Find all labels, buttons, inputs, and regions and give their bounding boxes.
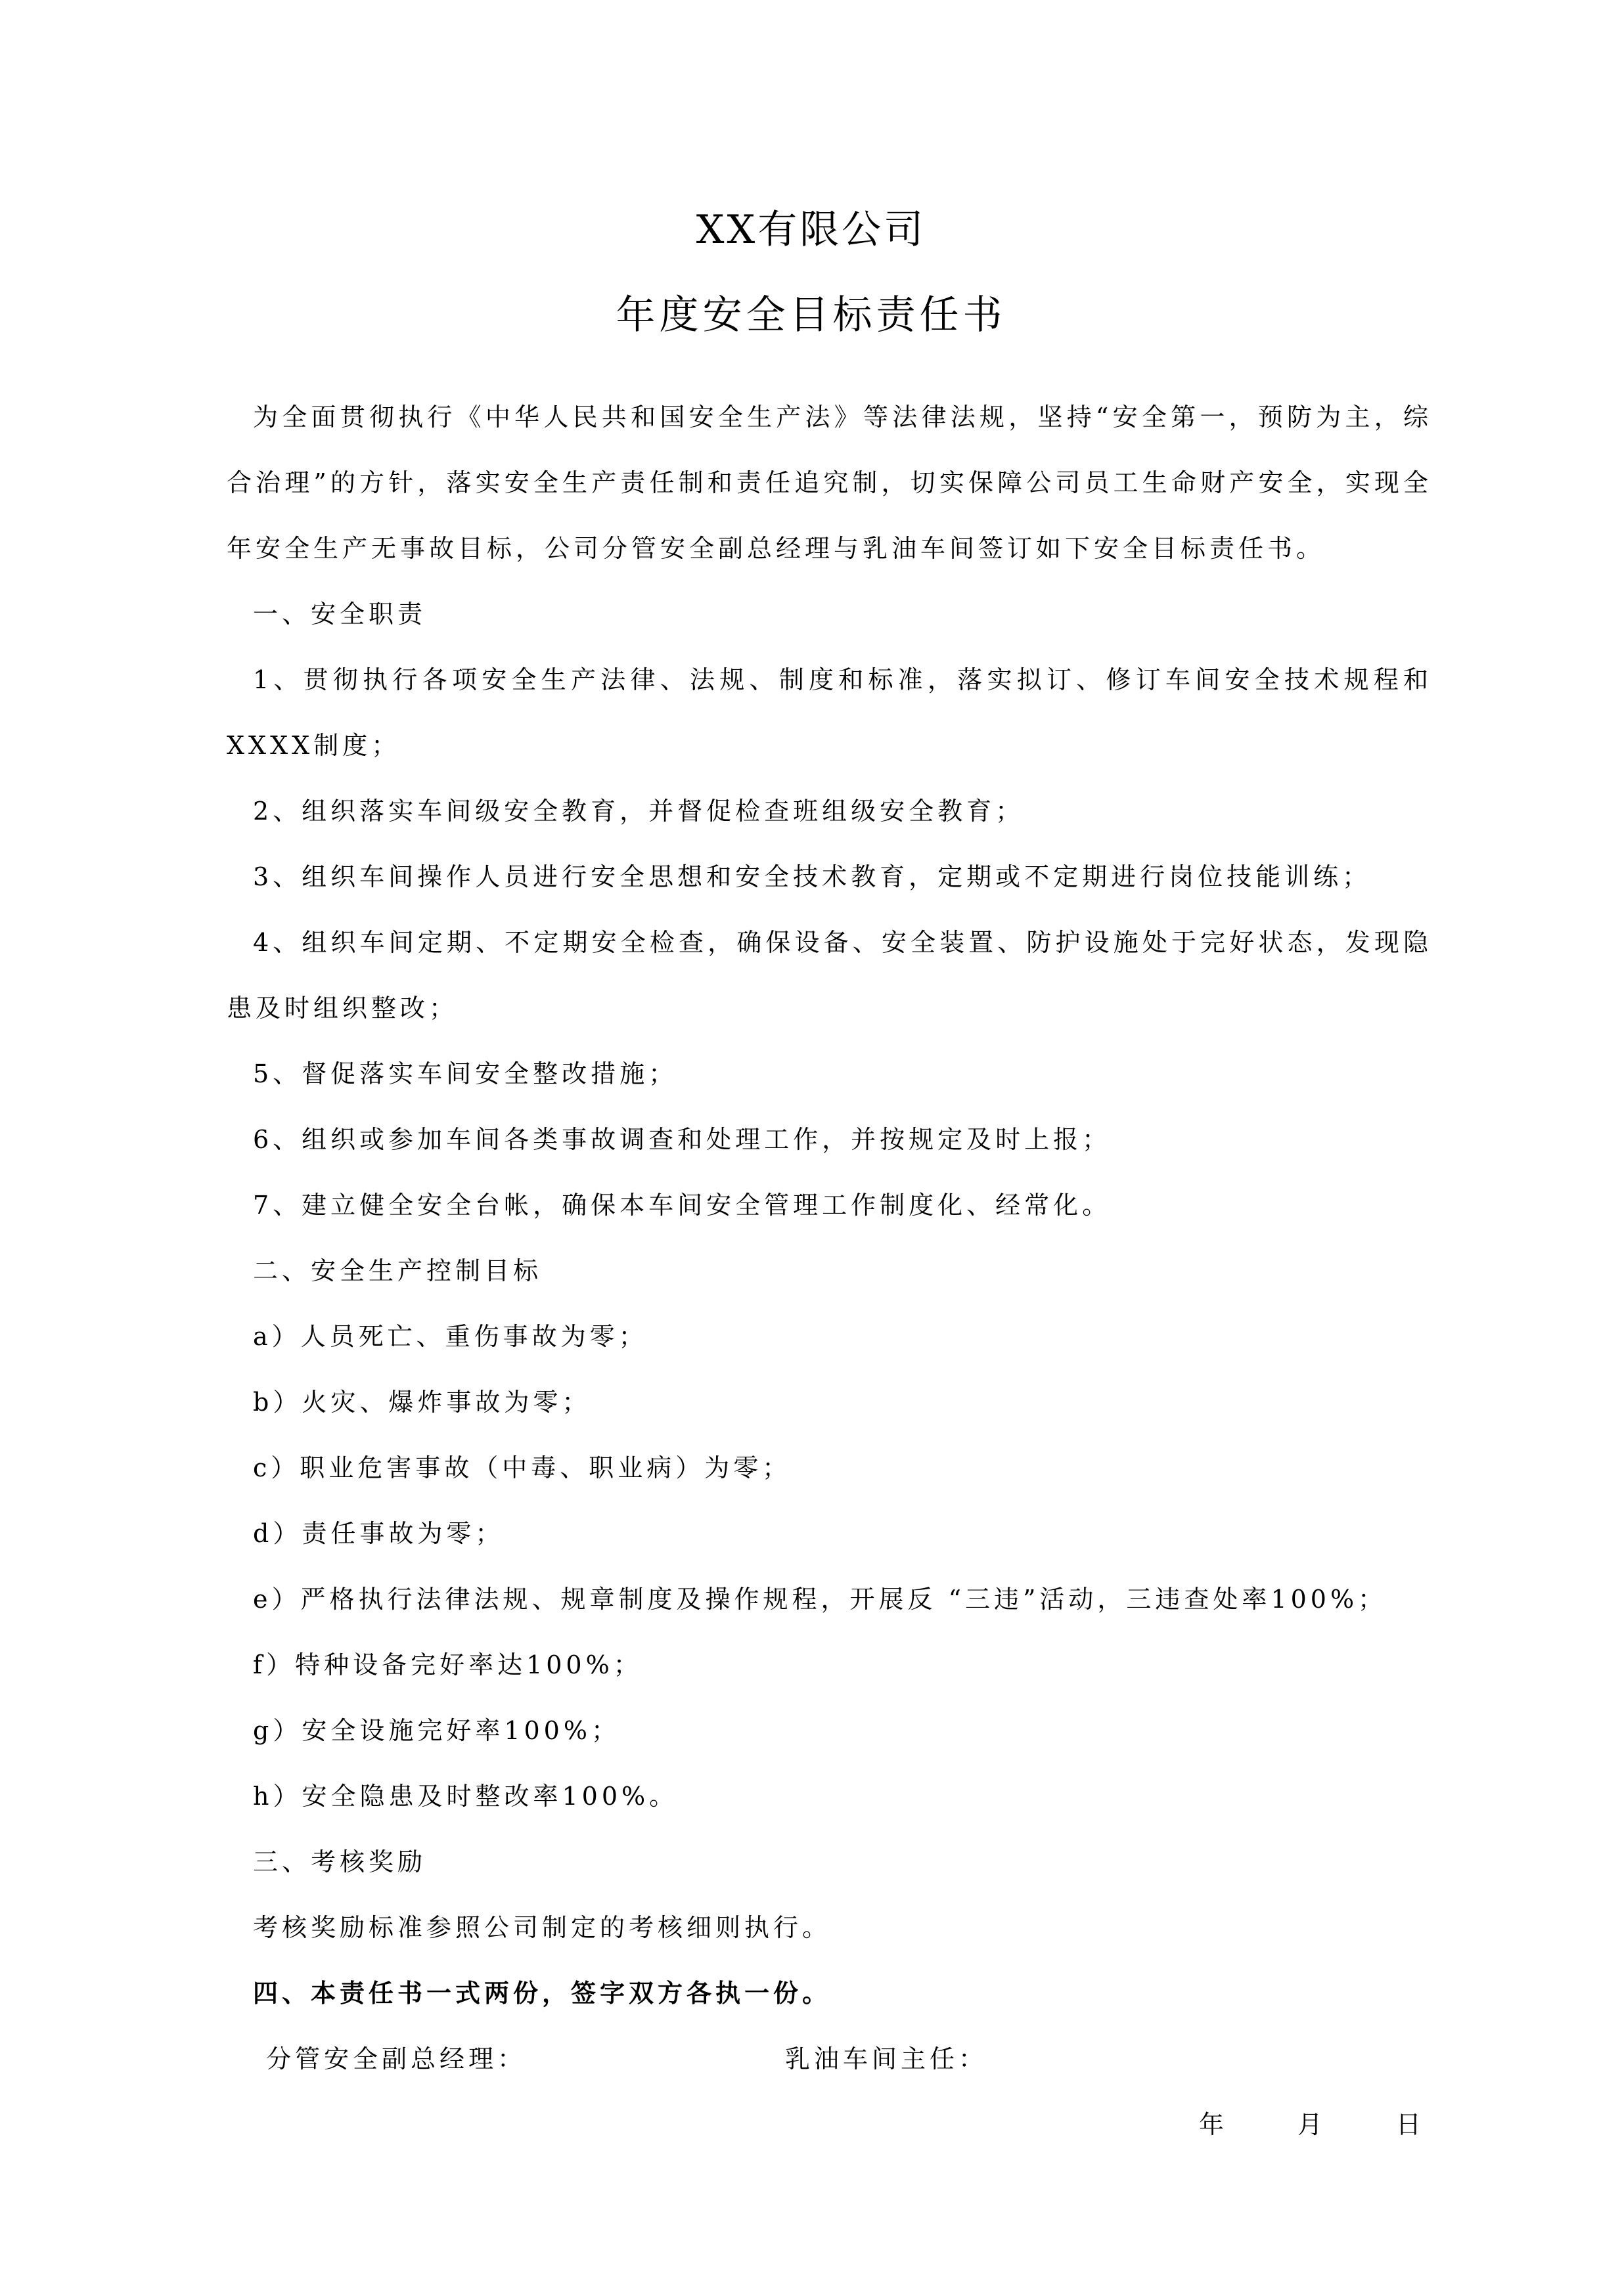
- company-title: XX有限公司: [0, 204, 1622, 256]
- signature-label-workshop-director: 乳油车间主任：: [785, 2026, 987, 2092]
- date-year-label: 年: [1199, 2092, 1228, 2157]
- target-item: e）严格执行法律法规、规章制度及操作规程，开展反 “三违”活动，三违查处率100…: [227, 1566, 1432, 1632]
- duty-item: 7、建立健全安全台帐，确保本车间安全管理工作制度化、经常化。: [227, 1172, 1432, 1238]
- signature-label-deputy-gm: 分管安全副总经理：: [266, 2026, 526, 2092]
- signature-row: 分管安全副总经理： 乳油车间主任：: [227, 2026, 1432, 2092]
- duty-item: 4、组织车间定期、不定期安全检查，确保设备、安全装置、防护设施处于完好状态，发现…: [227, 910, 1432, 1041]
- duty-item: 2、组织落实车间级安全教育，并督促检查班组级安全教育；: [227, 778, 1432, 844]
- duty-item: 6、组织或参加车间各类事故调查和处理工作，并按规定及时上报；: [227, 1107, 1432, 1172]
- date-month-label: 月: [1297, 2092, 1326, 2157]
- target-item: c）职业危害事故（中毒、职业病）为零；: [227, 1435, 1432, 1501]
- intro-paragraph: 为全面贯彻执行《中华人民共和国安全生产法》等法律法规，坚持“安全第一，预防为主，…: [227, 384, 1432, 581]
- target-item: g）安全设施完好率100%；: [227, 1698, 1432, 1763]
- assessment-item: 考核奖励标准参照公司制定的考核细则执行。: [227, 1895, 1432, 1960]
- document-page: XX有限公司 年度安全目标责任书 为全面贯彻执行《中华人民共和国安全生产法》等法…: [0, 0, 1622, 2296]
- section-heading-copies: 四、本责任书一式两份，签字双方各执一份。: [227, 1960, 1432, 2026]
- date-day-label: 日: [1396, 2092, 1425, 2157]
- target-item: f）特种设备完好率达100%；: [227, 1632, 1432, 1698]
- target-item: b）火灾、爆炸事故为零；: [227, 1369, 1432, 1435]
- section-heading-targets: 二、安全生产控制目标: [227, 1238, 1432, 1304]
- duty-item: 5、督促落实车间安全整改措施；: [227, 1041, 1432, 1107]
- target-item: h）安全隐患及时整改率100%。: [227, 1763, 1432, 1829]
- duty-item: 3、组织车间操作人员进行安全思想和安全技术教育，定期或不定期进行岗位技能训练；: [227, 844, 1432, 910]
- target-item: d）责任事故为零；: [227, 1501, 1432, 1566]
- section-heading-duties: 一、安全职责: [227, 581, 1432, 647]
- date-row: 年 月 日: [227, 2092, 1432, 2157]
- section-heading-assessment: 三、考核奖励: [227, 1829, 1432, 1895]
- document-body: 为全面贯彻执行《中华人民共和国安全生产法》等法律法规，坚持“安全第一，预防为主，…: [227, 384, 1432, 2157]
- target-item: a）人员死亡、重伤事故为零；: [227, 1304, 1432, 1369]
- document-title: 年度安全目标责任书: [0, 289, 1622, 342]
- duty-item: 1、贯彻执行各项安全生产法律、法规、制度和标准，落实拟订、修订车间安全技术规程和…: [227, 647, 1432, 778]
